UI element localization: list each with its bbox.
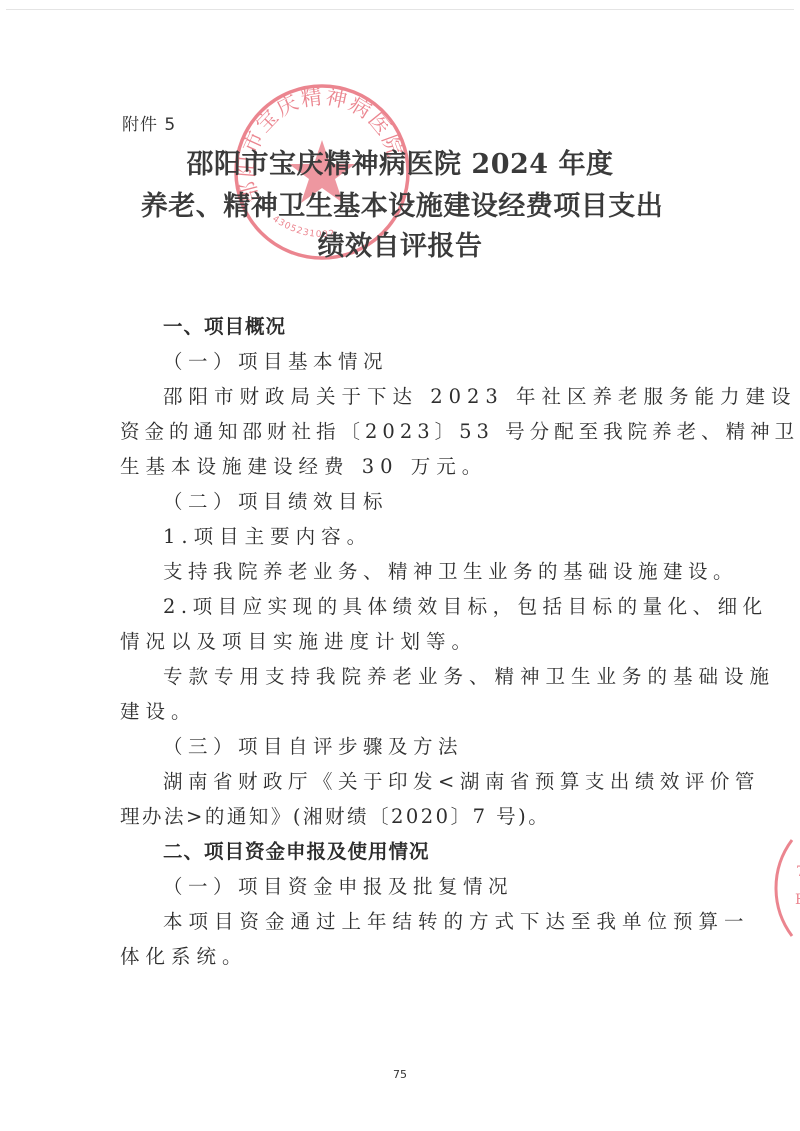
report-title-line-2: 养老、精神卫生基本设施建设经费项目支出 [2, 184, 800, 223]
subsection-heading-1-3: （三）项目自评步骤及方法 [163, 731, 463, 759]
paragraph-line: 情况以及项目实施进度计划等。 [120, 626, 477, 654]
report-title-line-1: 邵阳市宝庆精神病医院 2024 年度 [0, 142, 800, 181]
section-heading-2: 二、项目资金申报及使用情况 [163, 836, 430, 864]
page-top-border [6, 9, 794, 10]
paragraph-line: 支持我院养老业务、精神卫生业务的基础设施建设。 [163, 556, 738, 584]
section-heading-1: 一、项目概况 [163, 311, 286, 339]
paragraph-line: 专款专用支持我院养老业务、精神卫生业务的基础设施 [163, 661, 775, 689]
partial-seal-stamp-edge: 7 E [762, 838, 800, 938]
paragraph-line: 1.项目主要内容。 [163, 521, 372, 549]
paragraph-line: 体化系统。 [120, 941, 248, 969]
subsection-heading-1-2: （二）项目绩效目标 [163, 486, 388, 514]
paragraph-line: 湖南省财政厅《关于印发<湖南省预算支出绩效评价管 [163, 766, 760, 794]
svg-text:7: 7 [796, 864, 800, 880]
report-title-line-3: 绩效自评报告 [0, 224, 800, 263]
paragraph-line: 理办法>的通知》(湘财绩〔2020〕7 号)。 [120, 801, 550, 829]
paragraph-line: 2.项目应实现的具体绩效目标，包括目标的量化、细化 [163, 591, 768, 619]
paragraph-line: 生基本设施建设经费 30 万元。 [120, 451, 487, 479]
paragraph-line: 建设。 [120, 696, 197, 724]
subsection-heading-2-1: （一）项目资金申报及批复情况 [163, 871, 513, 899]
paragraph-line: 资金的通知邵财社指〔2023〕53 号分配至我院养老、精神卫 [120, 416, 799, 444]
page-number: 75 [0, 1068, 800, 1081]
attachment-label: 附件 5 [122, 110, 176, 135]
svg-text:E: E [795, 892, 800, 908]
paragraph-line: 本项目资金通过上年结转的方式下达至我单位预算一 [163, 906, 750, 934]
paragraph-line: 邵阳市财政局关于下达 2023 年社区养老服务能力建设 [163, 381, 797, 409]
subsection-heading-1-1: （一）项目基本情况 [163, 346, 388, 374]
